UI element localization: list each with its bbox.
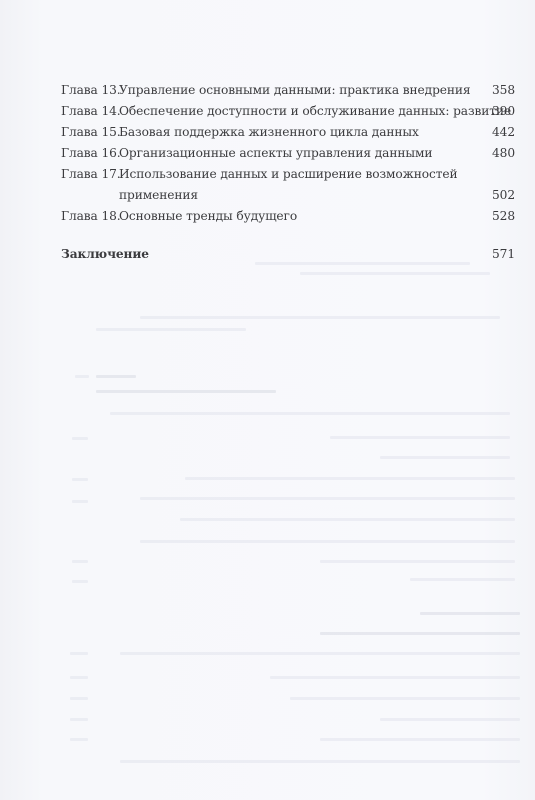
- chapter-title-line-2: применения: [119, 185, 477, 206]
- toc-entry-chapter-16[interactable]: Глава 16. Организационные аспекты управл…: [61, 143, 521, 164]
- chapter-label: Глава 18.: [61, 206, 119, 227]
- chapter-label: Глава 13.: [61, 80, 119, 101]
- toc-entry-chapter-17[interactable]: Глава 17. Использование данных и расшире…: [61, 164, 521, 206]
- chapter-label: Глава 17.: [61, 164, 119, 185]
- toc-entry-chapter-15[interactable]: Глава 15. Базовая поддержка жизненного ц…: [61, 122, 521, 143]
- chapter-title: Организационные аспекты управления данны…: [119, 143, 521, 164]
- chapter-title: Управление основными данными: практика в…: [119, 80, 521, 101]
- table-of-contents: Глава 13. Управление основными данными: …: [61, 80, 521, 265]
- chapter-title: Основные тренды будущего: [119, 206, 521, 227]
- chapter-label: Глава 15.: [61, 122, 119, 143]
- chapter-title-line-1: Использование данных и расширение возмож…: [119, 164, 477, 185]
- toc-entry-conclusion[interactable]: Заключение 571: [61, 244, 521, 265]
- toc-entry-chapter-13[interactable]: Глава 13. Управление основными данными: …: [61, 80, 521, 101]
- page-number: 442: [492, 122, 515, 143]
- toc-entry-chapter-14[interactable]: Глава 14. Обеспечение доступности и обсл…: [61, 101, 521, 122]
- chapter-label: Глава 16.: [61, 143, 119, 164]
- conclusion-title: Заключение: [61, 244, 521, 265]
- chapter-title: Использование данных и расширение возмож…: [119, 164, 521, 206]
- page-number: 502: [492, 185, 515, 206]
- chapter-title: Обеспечение доступности и обслуживание д…: [119, 101, 535, 122]
- page-number: 390: [492, 101, 515, 122]
- book-page: Глава 13. Управление основными данными: …: [0, 0, 535, 800]
- page-number: 358: [492, 80, 515, 101]
- page-number: 571: [492, 244, 515, 265]
- page-number: 480: [492, 143, 515, 164]
- page-number: 528: [492, 206, 515, 227]
- toc-entry-chapter-18[interactable]: Глава 18. Основные тренды будущего 528: [61, 206, 521, 227]
- chapter-label: Глава 14.: [61, 101, 119, 122]
- chapter-title: Базовая поддержка жизненного цикла данны…: [119, 122, 521, 143]
